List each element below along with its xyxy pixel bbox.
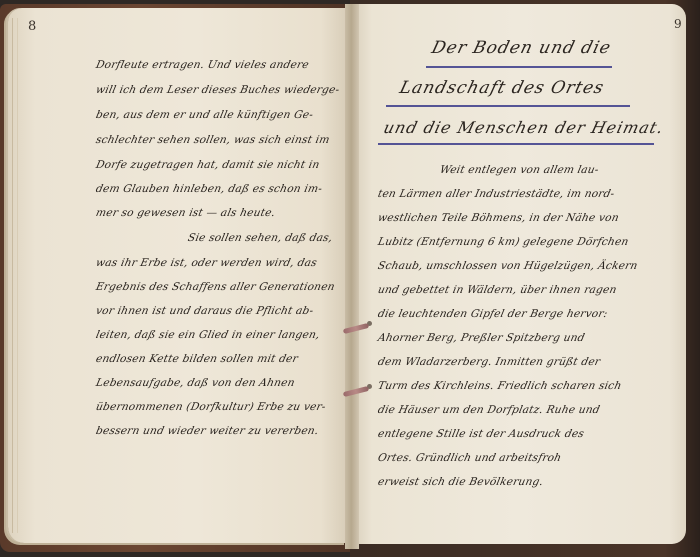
notebook-photo: 8 9 Dorfleute ertragen. Und vieles ander… bbox=[0, 0, 700, 557]
text-line: westlichen Teile Böhmens, in der Nähe vo… bbox=[377, 212, 620, 224]
title-underline bbox=[426, 66, 612, 68]
text-line: leiten, daß sie ein Glied in einer lange… bbox=[95, 329, 321, 341]
text-line: Lubitz (Entfernung 6 km) gelegene Dörfch… bbox=[377, 236, 630, 248]
text-line: dem Wladarzerberg. Inmitten grüßt der bbox=[377, 356, 602, 368]
title-line-1: Der Boden und die bbox=[430, 38, 614, 58]
text-line: schlechter sehen sollen, was sich einst … bbox=[95, 134, 331, 146]
text-line: bessern und wieder weiter zu vererben. bbox=[95, 425, 320, 437]
text-line: Dorfe zugetragen hat, damit sie nicht in bbox=[95, 159, 321, 171]
text-line: Turm des Kirchleins. Friedlich scharen s… bbox=[377, 380, 623, 392]
text-line: entlegene Stille ist der Ausdruck des bbox=[377, 428, 586, 440]
book-gutter bbox=[345, 4, 359, 549]
text-line: übernommenen (Dorfkultur) Erbe zu ver- bbox=[95, 401, 327, 413]
text-line: die Häuser um den Dorfplatz. Ruhe und bbox=[377, 404, 601, 416]
text-line: die leuchtenden Gipfel der Berge hervor: bbox=[377, 308, 609, 320]
text-line: Dorfleute ertragen. Und vieles andere bbox=[95, 59, 310, 71]
title-line-2: Landschaft des Ortes bbox=[398, 78, 607, 98]
text-line: endlosen Kette bilden sollen mit der bbox=[95, 353, 299, 365]
page-number-left: 8 bbox=[28, 19, 36, 34]
text-line: Ahorner Berg, Preßler Spitzberg und bbox=[377, 332, 586, 344]
title-underline bbox=[378, 143, 654, 145]
text-line: und gebettet in Wäldern, über ihnen rage… bbox=[377, 284, 618, 296]
text-line: ten Lärmen aller Industriestädte, im nor… bbox=[377, 188, 616, 200]
text-line: vor ihnen ist und daraus die Pflicht ab- bbox=[95, 305, 315, 317]
text-line: was ihr Erbe ist, oder werden wird, das bbox=[95, 257, 318, 269]
page-edge-stack bbox=[12, 18, 18, 533]
text-line: Weit entlegen von allem lau- bbox=[439, 164, 600, 176]
text-line: dem Glauben hinleben, daß es schon im- bbox=[95, 183, 324, 195]
text-line: ben, aus dem er und alle künftigen Ge- bbox=[95, 109, 315, 121]
text-line: Ortes. Gründlich und arbeitsfroh bbox=[377, 452, 563, 464]
text-line: erweist sich die Bevölkerung. bbox=[377, 476, 545, 488]
title-underline bbox=[386, 105, 630, 107]
text-line: will ich dem Leser dieses Buches wiederg… bbox=[95, 84, 341, 96]
text-line: Lebensaufgabe, daß von den Ahnen bbox=[95, 377, 296, 389]
page-number-right: 9 bbox=[674, 17, 682, 31]
text-line: Schaub, umschlossen von Hügelzügen, Äcke… bbox=[377, 260, 639, 272]
title-line-3: und die Menschen der Heimat. bbox=[382, 118, 666, 137]
text-line: Ergebnis des Schaffens aller Generatione… bbox=[95, 281, 336, 293]
text-line: mer so gewesen ist — als heute. bbox=[95, 207, 277, 219]
text-line: Sie sollen sehen, daß das, bbox=[187, 232, 334, 244]
